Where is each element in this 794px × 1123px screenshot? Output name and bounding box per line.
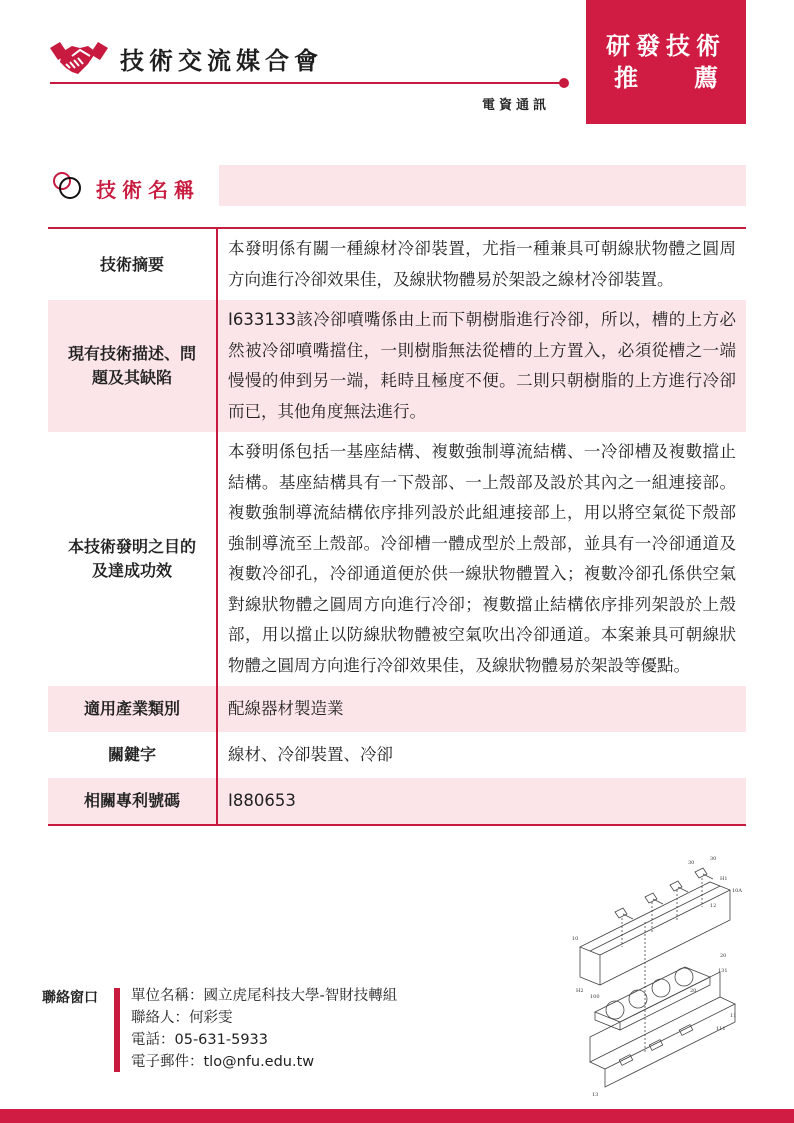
row-value: 本發明係有關一種線材冷卻裝置，尤指一種兼具可朝線狀物體之圓周方向進行冷卻效果佳，…	[218, 229, 746, 300]
row-header: 本技術發明之目的及達成功效	[48, 432, 218, 686]
svg-text:30: 30	[710, 856, 716, 862]
tech-info-table: 技術摘要 本發明係有關一種線材冷卻裝置，尤指一種兼具可朝線狀物體之圓周方向進行冷…	[48, 227, 746, 826]
brand-title: 技術交流媒合會	[120, 41, 323, 76]
svg-text:30: 30	[688, 860, 694, 866]
tech-name-value	[219, 165, 746, 206]
handshake-icon	[48, 38, 110, 78]
row-header: 相關專利號碼	[48, 778, 218, 824]
row-value: 本發明係包括一基座結構、複數強制導流結構、一冷卻槽及複數擋止結構。基座結構具有一…	[218, 432, 746, 686]
contact-phone: 電話：05-631-5933	[131, 1029, 397, 1051]
svg-text:20: 20	[720, 953, 726, 959]
patent-drawing-image: 3030H1 10A1210 H210020 2013111 11113	[570, 852, 746, 1098]
svg-text:10: 10	[572, 936, 578, 942]
footer-bar	[0, 1109, 794, 1123]
badge-line-2-left: 推	[614, 62, 638, 94]
svg-text:12: 12	[710, 903, 716, 909]
svg-text:20: 20	[690, 988, 696, 994]
contact-email[interactable]: 電子郵件：tlo@nfu.edu.tw	[131, 1051, 397, 1073]
header-divider	[50, 82, 562, 84]
contact-details: 單位名稱：國立虎尾科技大學-智財技轉組 聯絡人：何彩雯 電話：05-631-59…	[131, 985, 397, 1073]
svg-text:13: 13	[592, 1092, 598, 1098]
table-row-industry: 適用產業類別 配線器材製造業	[48, 686, 746, 732]
svg-text:10A: 10A	[732, 888, 742, 894]
row-value: I633133該冷卻噴嘴係由上而下朝樹脂進行冷卻，所以，槽的上方必然被冷卻噴嘴擋…	[218, 300, 746, 432]
row-value: 配線器材製造業	[218, 686, 746, 732]
table-row-keywords: 關鍵字 線材、冷卻裝置、冷卻	[48, 732, 746, 778]
row-header: 關鍵字	[48, 732, 218, 778]
row-value: I880653	[218, 778, 746, 824]
badge-line-1: 研發技術	[606, 30, 726, 62]
table-row-purpose: 本技術發明之目的及達成功效 本發明係包括一基座結構、複數強制導流結構、一冷卻槽及…	[48, 432, 746, 686]
table-row-prior-art: 現有技術描述、問題及其缺陷 I633133該冷卻噴嘴係由上而下朝樹脂進行冷卻，所…	[48, 300, 746, 432]
svg-text:100: 100	[590, 994, 600, 1000]
publication-category: 電資通訊	[482, 94, 550, 113]
contact-label: 聯絡窗口	[42, 987, 98, 1007]
table-row-patent-number: 相關專利號碼 I880653	[48, 778, 746, 824]
svg-text:131: 131	[718, 968, 728, 974]
row-header: 現有技術描述、問題及其缺陷	[48, 300, 218, 432]
svg-text:11: 11	[730, 1013, 736, 1019]
table-row-abstract: 技術摘要 本發明係有關一種線材冷卻裝置，尤指一種兼具可朝線狀物體之圓周方向進行冷…	[48, 229, 746, 300]
badge-line-2-right: 薦	[694, 62, 718, 94]
category-badge: 研發技術 推 薦	[586, 0, 746, 124]
svg-text:H1: H1	[720, 876, 728, 882]
svg-text:111: 111	[716, 1026, 726, 1032]
rings-icon	[50, 170, 90, 202]
header-divider-dot	[559, 78, 569, 88]
badge-line-2: 推 薦	[606, 62, 726, 94]
tech-name-label: 技術名稱	[96, 174, 200, 203]
row-header: 適用產業類別	[48, 686, 218, 732]
contact-unit: 單位名稱：國立虎尾科技大學-智財技轉組	[131, 985, 397, 1007]
row-value: 線材、冷卻裝置、冷卻	[218, 732, 746, 778]
row-header: 技術摘要	[48, 229, 218, 300]
svg-text:H2: H2	[576, 988, 584, 994]
contact-accent-bar	[114, 988, 120, 1072]
contact-person: 聯絡人：何彩雯	[131, 1007, 397, 1029]
